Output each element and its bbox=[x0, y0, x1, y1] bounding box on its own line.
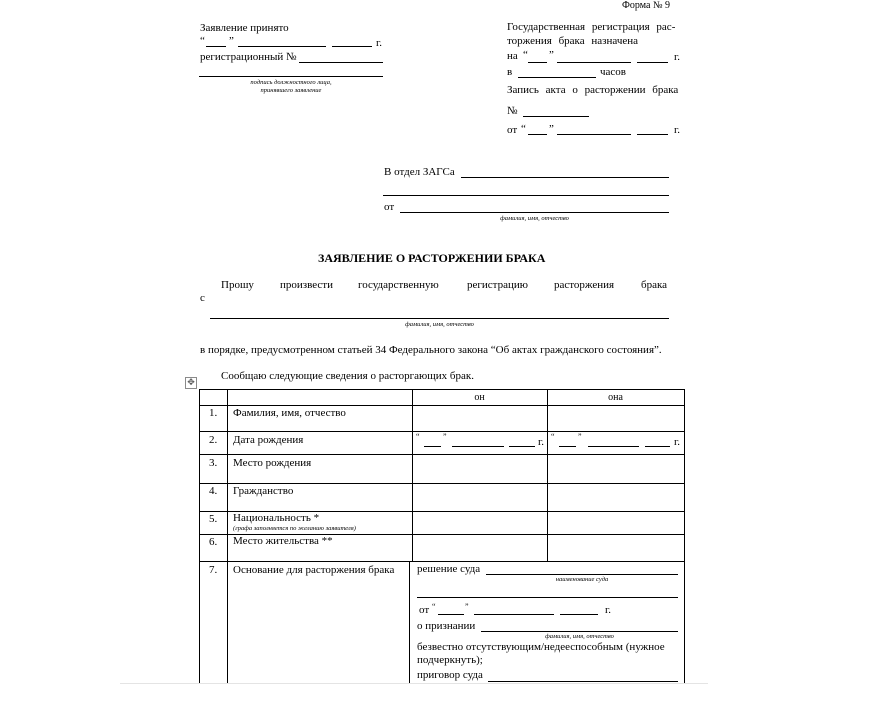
receipt-title: Заявление принято bbox=[200, 22, 289, 34]
row-label: Место жительства ** bbox=[233, 535, 333, 547]
court-quote-close: ” bbox=[465, 602, 469, 611]
she-full-name-field[interactable] bbox=[548, 406, 683, 430]
act-number-field[interactable] bbox=[523, 116, 589, 117]
act-month-field[interactable] bbox=[557, 134, 631, 135]
request-word: Прошу bbox=[221, 279, 254, 291]
registration-year-field[interactable] bbox=[637, 62, 668, 63]
row-label: Фамилия, имя, отчество bbox=[233, 407, 346, 419]
he-residence-field[interactable] bbox=[413, 535, 546, 560]
she-birth-day-field[interactable] bbox=[559, 446, 576, 447]
receipt-day-field[interactable] bbox=[206, 46, 226, 47]
she-birthplace-field[interactable] bbox=[548, 455, 683, 482]
applicant-name-caption: фамилия, имя, отчество bbox=[400, 215, 669, 222]
receipt-year-suffix: г. bbox=[376, 37, 382, 49]
he-date-quote-close: ” bbox=[443, 432, 447, 441]
he-full-name-field[interactable] bbox=[413, 406, 546, 430]
registration-quote-close: ” bbox=[549, 49, 554, 61]
he-birthplace-field[interactable] bbox=[413, 455, 546, 482]
request-with-label: с bbox=[200, 292, 205, 304]
court-decision-month-field[interactable] bbox=[474, 614, 554, 615]
row-number: 7. bbox=[209, 564, 217, 576]
she-birth-year-field[interactable] bbox=[645, 446, 670, 447]
spouse-name-caption: фамилия, имя, отчество bbox=[210, 321, 669, 328]
he-nationality-field[interactable] bbox=[413, 512, 546, 533]
text-cursor bbox=[684, 484, 685, 496]
recognition-label: о признании bbox=[417, 620, 475, 632]
act-from-label: от bbox=[507, 124, 517, 136]
court-quote-open: “ bbox=[432, 602, 436, 611]
court-decision-field[interactable] bbox=[486, 574, 678, 575]
he-date-quote-open: “ bbox=[416, 432, 420, 441]
registration-at-label: в bbox=[507, 66, 512, 78]
applicant-name-field[interactable] bbox=[400, 212, 669, 213]
he-citizenship-field[interactable] bbox=[413, 484, 546, 510]
recognition-text-1: безвестно отсутствующим/недееспособным (… bbox=[417, 641, 665, 653]
act-quote-close: ” bbox=[549, 123, 554, 135]
registry-office-field[interactable] bbox=[461, 177, 669, 178]
she-date-quote-open: “ bbox=[551, 432, 555, 441]
act-year-field[interactable] bbox=[637, 134, 668, 135]
signature-caption-2: принявшего заявление bbox=[199, 87, 383, 94]
she-residence-field[interactable] bbox=[548, 535, 683, 560]
registration-quote-open: “ bbox=[523, 49, 528, 61]
request-word: произвести bbox=[280, 279, 333, 291]
act-number-label: № bbox=[507, 105, 518, 117]
row-label: Дата рождения bbox=[233, 434, 303, 446]
she-date-quote-close: ” bbox=[578, 432, 582, 441]
legal-basis-text: в порядке, предусмотренном статьей 34 Фе… bbox=[200, 344, 662, 356]
registration-day-field[interactable] bbox=[528, 62, 547, 63]
registry-office-label: В отдел ЗАГСа bbox=[384, 166, 455, 178]
signature-caption-1: подпись должностного лица, bbox=[199, 79, 383, 86]
court-year-suffix: г. bbox=[605, 604, 611, 616]
registration-on-label: на bbox=[507, 50, 518, 62]
registration-year-suffix: г. bbox=[674, 51, 680, 63]
request-word: брака bbox=[641, 279, 667, 291]
he-birth-year-field[interactable] bbox=[509, 446, 535, 447]
she-date-year-suffix: г. bbox=[674, 436, 680, 448]
sentence-label: приговор суда bbox=[417, 669, 483, 681]
row-number: 1. bbox=[209, 407, 217, 419]
reg-number-field[interactable] bbox=[299, 62, 383, 63]
act-quote-open: “ bbox=[521, 123, 526, 135]
she-nationality-field[interactable] bbox=[548, 512, 683, 533]
reg-number-label: регистрационный № bbox=[200, 51, 297, 63]
request-word: регистрацию bbox=[467, 279, 528, 291]
row-number: 5. bbox=[209, 513, 217, 525]
row-number: 2. bbox=[209, 434, 217, 446]
request-word: расторжения bbox=[554, 279, 614, 291]
row-label: Национальность * bbox=[233, 512, 319, 524]
document-title: ЗАЯВЛЕНИЕ О РАСТОРЖЕНИИ БРАКА bbox=[318, 251, 545, 266]
info-intro-text: Сообщаю следующие сведения о расторгающи… bbox=[221, 370, 474, 382]
request-word: государственную bbox=[358, 279, 439, 291]
receipt-year-field[interactable] bbox=[332, 46, 372, 47]
court-decision-year-field[interactable] bbox=[560, 614, 598, 615]
form-number: Форма № 9 bbox=[622, 0, 670, 11]
act-record-label: Запись акта о расторжении брака bbox=[507, 84, 678, 96]
page-bottom-edge bbox=[120, 683, 708, 684]
court-name-field[interactable] bbox=[417, 597, 678, 598]
row-number: 3. bbox=[209, 457, 217, 469]
row-number: 4. bbox=[209, 485, 217, 497]
registration-time-field[interactable] bbox=[518, 77, 596, 78]
court-from-label: от bbox=[419, 604, 429, 616]
act-day-field[interactable] bbox=[528, 134, 547, 135]
recognition-text-2: подчеркнуть); bbox=[417, 654, 483, 666]
receipt-quote-open: “ bbox=[200, 35, 205, 47]
table-move-handle-icon[interactable]: ✥ bbox=[185, 377, 197, 389]
he-birth-month-field[interactable] bbox=[452, 446, 504, 447]
spouse-name-field[interactable] bbox=[210, 318, 669, 319]
applicant-from-label: от bbox=[384, 201, 394, 213]
row-label: Гражданство bbox=[233, 485, 293, 497]
nationality-note: (графа заполняется по желанию заявителя) bbox=[233, 525, 356, 532]
row-label: Основание для расторжения брака bbox=[233, 564, 394, 576]
official-signature-field[interactable] bbox=[199, 76, 383, 77]
column-header-he: он bbox=[412, 392, 547, 403]
he-birth-day-field[interactable] bbox=[424, 446, 441, 447]
act-year-suffix: г. bbox=[674, 124, 680, 136]
court-sentence-field[interactable] bbox=[488, 681, 678, 682]
registration-line-1: Государственная регистрация рас- bbox=[507, 21, 675, 33]
column-header-she: она bbox=[547, 392, 684, 403]
recognized-person-field[interactable] bbox=[481, 631, 678, 632]
row-label: Место рождения bbox=[233, 457, 311, 469]
he-date-year-suffix: г. bbox=[538, 436, 544, 448]
receipt-quote-close: ” bbox=[229, 35, 234, 47]
recognized-name-caption: фамилия, имя, отчество bbox=[481, 633, 678, 640]
registration-line-2: торжения брака назначена bbox=[507, 35, 638, 47]
row-number: 6. bbox=[209, 536, 217, 548]
court-decision-day-field[interactable] bbox=[438, 614, 464, 615]
registration-month-field[interactable] bbox=[557, 62, 631, 63]
court-decision-label: решение суда bbox=[417, 563, 480, 575]
registration-hours-label: часов bbox=[600, 66, 626, 78]
she-birth-month-field[interactable] bbox=[588, 446, 639, 447]
registry-office-field-2[interactable] bbox=[383, 195, 669, 196]
receipt-month-field[interactable] bbox=[238, 46, 326, 47]
court-name-caption: наименование суда bbox=[486, 576, 678, 583]
she-citizenship-field[interactable] bbox=[548, 484, 683, 510]
